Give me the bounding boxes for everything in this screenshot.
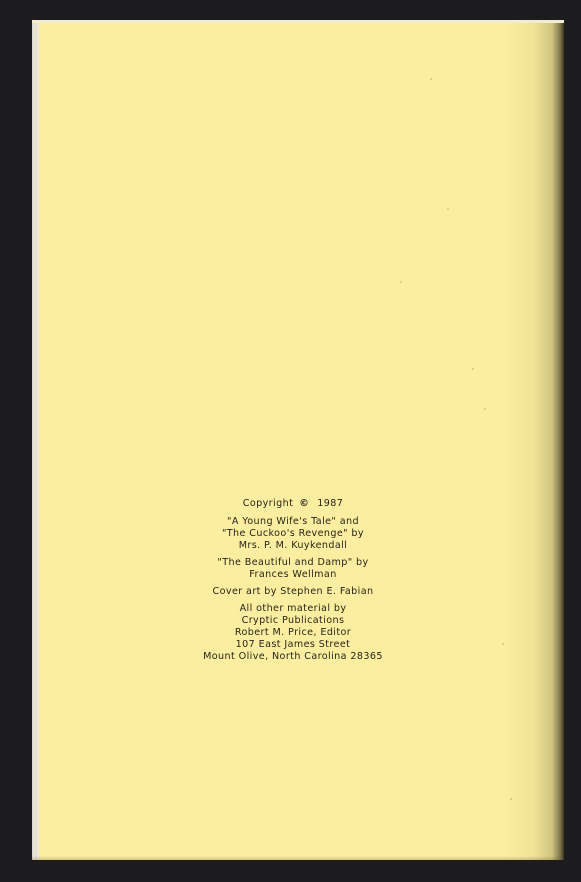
credit-line: Frances Wellman (32, 569, 554, 581)
credit-line: Cover art by Stephen E. Fabian (32, 586, 554, 598)
credit-cover-art: Cover art by Stephen E. Fabian (32, 586, 554, 598)
street-address: 107 East James Street (32, 639, 554, 651)
copyright-notice: Copyright©1987 (32, 498, 554, 510)
credit-publisher: All other material by Cryptic Publicatio… (32, 603, 554, 663)
spine-shadow (504, 23, 564, 860)
book-back-cover: Copyright©1987 "A Young Wife's Tale" and… (32, 20, 564, 860)
copyright-label: Copyright (243, 498, 293, 509)
paper-speck (430, 78, 432, 80)
page-edge-stack (32, 23, 40, 860)
bottom-edge-shadow (32, 856, 564, 860)
paper-speck (447, 208, 449, 210)
credit-story-wellman: "The Beautiful and Damp" by Frances Well… (32, 557, 554, 581)
paper-speck (400, 281, 402, 283)
credit-line: Mrs. P. M. Kuykendall (32, 540, 554, 552)
copyright-year: 1987 (317, 498, 343, 509)
credit-line: "The Cuckoo's Revenge" by (32, 528, 554, 540)
copyright-symbol: © (299, 498, 309, 510)
credit-line: "The Beautiful and Damp" by (32, 557, 554, 569)
paper-speck (472, 368, 474, 370)
credit-stories-kuykendall: "A Young Wife's Tale" and "The Cuckoo's … (32, 516, 554, 552)
publisher-name: Cryptic Publications (32, 615, 554, 627)
paper-speck (484, 408, 486, 410)
editor-name: Robert M. Price, Editor (32, 627, 554, 639)
credit-line: "A Young Wife's Tale" and (32, 516, 554, 528)
city-state-zip: Mount Olive, North Carolina 28365 (32, 651, 554, 663)
copyright-imprint: Copyright©1987 "A Young Wife's Tale" and… (32, 498, 564, 668)
credit-line: All other material by (32, 603, 554, 615)
